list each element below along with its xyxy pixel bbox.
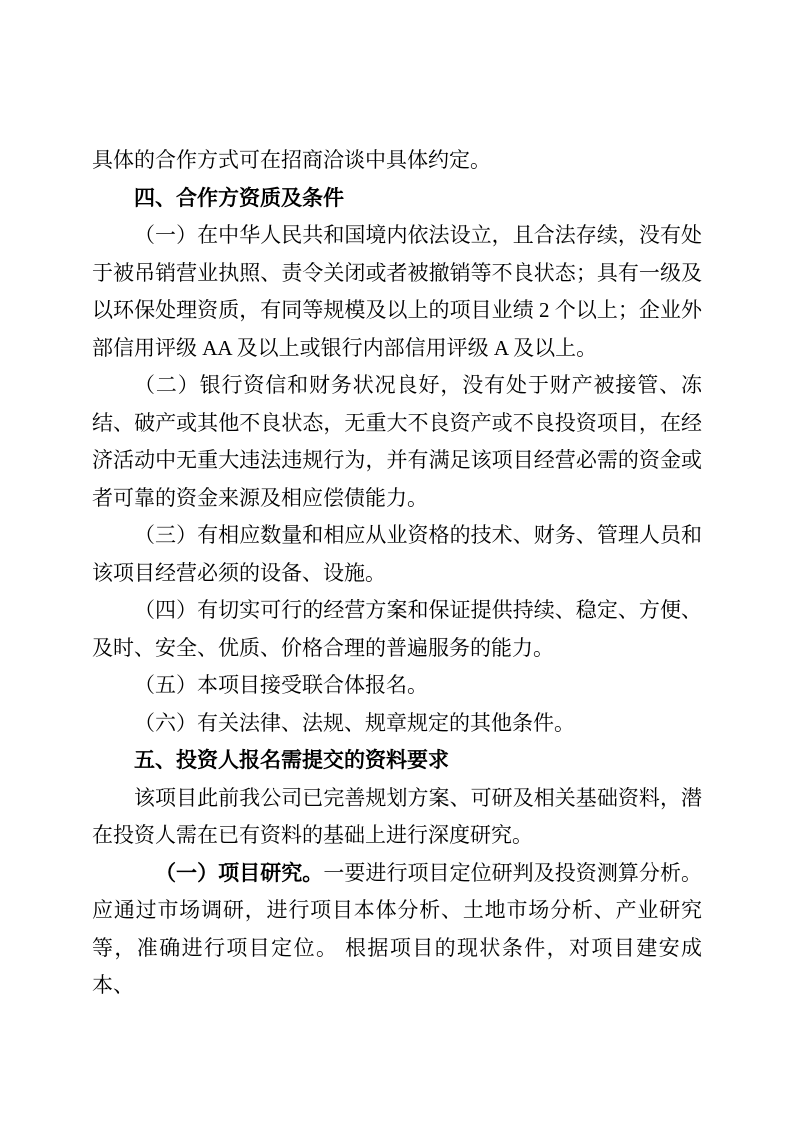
text-run: （五）本项目接受联合体报名。	[134, 673, 428, 697]
text-run: 该项目此前我公司已完善规划方案、可研及相关基础资料，潜在投资人需在已有资料的基础…	[92, 786, 702, 848]
paragraph: （三）有相应数量和相应从业资格的技术、财务、管理人员和该项目经营必须的设备、设施…	[92, 517, 702, 592]
document-page: 具体的合作方式可在招商洽谈中具体约定。四、合作方资质及条件（一）在中华人民共和国…	[0, 0, 794, 1123]
text-run: （六）有关法律、法规、规章规定的其他条件。	[134, 711, 575, 735]
paragraph: （四）有切实可行的经营方案和保证提供持续、稳定、方便、及时、安全、优质、价格合理…	[92, 592, 702, 667]
text-run: （一）在中华人民共和国境内依法设立，且合法存续，没有处于被吊销营业执照、责令关闭…	[92, 223, 702, 360]
bold-text-run: 五、投资人报名需提交的资料要求	[134, 749, 449, 772]
paragraph: （二）银行资信和财务状况良好，没有处于财产被接管、冻结、破产或其他不良状态，无重…	[92, 367, 702, 517]
text-run: （二）银行资信和财务状况良好，没有处于财产被接管、冻结、破产或其他不良状态，无重…	[92, 373, 702, 510]
paragraph: （五）本项目接受联合体报名。	[92, 667, 702, 705]
text-run: （四）有切实可行的经营方案和保证提供持续、稳定、方便、及时、安全、优质、价格合理…	[92, 598, 702, 660]
section-heading: 五、投资人报名需提交的资料要求	[92, 742, 702, 780]
paragraph: 具体的合作方式可在招商洽谈中具体约定。	[92, 142, 702, 180]
paragraph: （六）有关法律、法规、规章规定的其他条件。	[92, 705, 702, 743]
paragraph: （一）在中华人民共和国境内依法设立，且合法存续，没有处于被吊销营业执照、责令关闭…	[92, 217, 702, 367]
document-body: 具体的合作方式可在招商洽谈中具体约定。四、合作方资质及条件（一）在中华人民共和国…	[92, 142, 702, 1005]
text-run: （三）有相应数量和相应从业资格的技术、财务、管理人员和该项目经营必须的设备、设施…	[92, 523, 702, 585]
paragraph: 该项目此前我公司已完善规划方案、可研及相关基础资料，潜在投资人需在已有资料的基础…	[92, 780, 702, 855]
bold-text-run: （一）项目研究。	[155, 861, 323, 885]
paragraph: （一）项目研究。一要进行项目定位研判及投资测算分析。应通过市场调研，进行项目本体…	[92, 855, 702, 1005]
bold-text-run: 四、合作方资质及条件	[134, 187, 344, 210]
text-run: 具体的合作方式可在招商洽谈中具体约定。	[92, 148, 491, 172]
section-heading: 四、合作方资质及条件	[92, 180, 702, 218]
